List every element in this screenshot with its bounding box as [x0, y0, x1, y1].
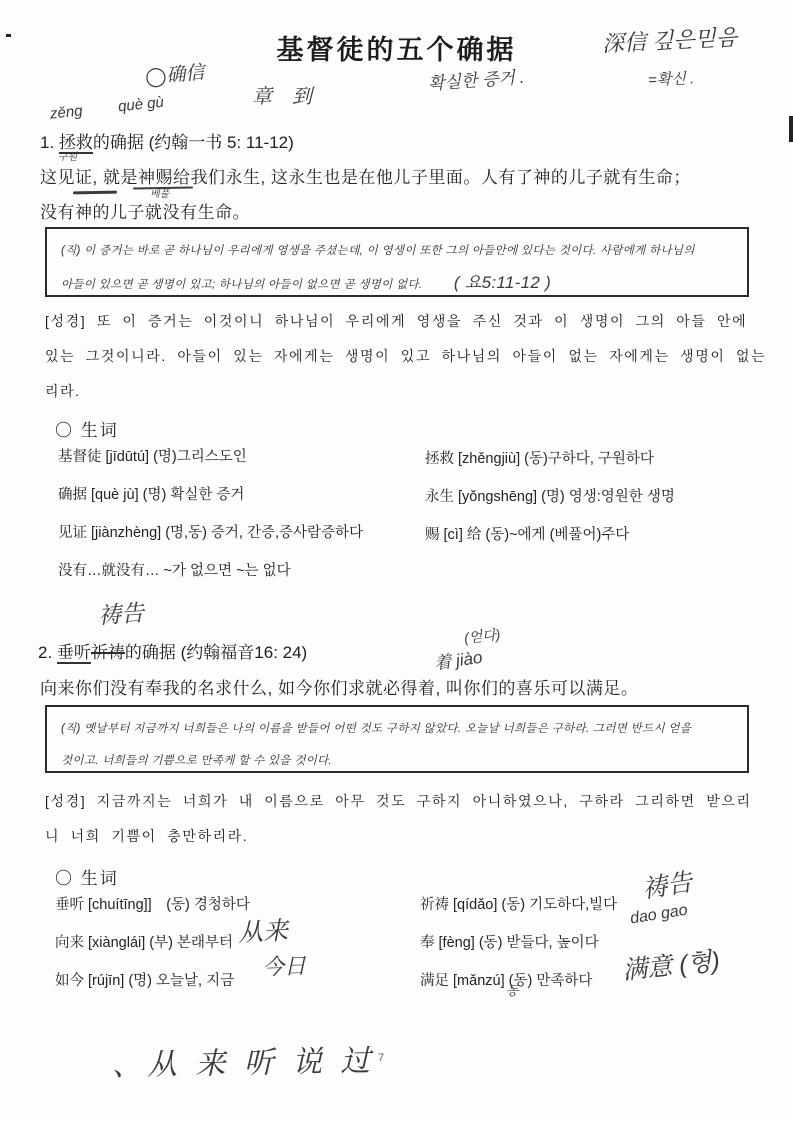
- handwriting-quexin: ◯确信: [144, 57, 205, 89]
- vocab-entry: 奉 [fèng] (동) 받들다, 높이다: [420, 924, 617, 962]
- section2-box-line1: (직) 옛날부터 지금까지 너희들은 나의 이름을 받들어 어떤 것도 구하지 …: [61, 713, 733, 745]
- section2-box-line2: 것이고. 너희들의 기쁨으로 만족케 할 수 있을 것이다.: [61, 745, 733, 777]
- handwriting-title-gloss: 확실한 증거 .: [427, 63, 525, 95]
- section1-bible-line1: [성경] 또 이 증거는 이것이니 하나님이 우리에게 영생을 주신 것과 이 …: [45, 304, 747, 339]
- section2-body-line1: 向来你们没有奉我的名求什么, 如今你们求就必得着, 叫你们的喜乐可以满足。: [40, 674, 638, 699]
- handwriting-conglai: 从来: [237, 911, 289, 950]
- handwriting-zhao-jiao: 着 jiào: [432, 643, 483, 674]
- section2-bible-line2: 니 너희 기쁨이 충만하리라.: [45, 819, 248, 854]
- section1-box-line2-text: 아들이 있으면 곧 생명이 있고; 하나님의 아들이 없으면 곧 생명이 없다.: [61, 279, 422, 291]
- vocab-entry: 永生 [yǒngshēng] (명) 영생:영원한 생명: [425, 478, 675, 516]
- handwriting-zhang-dao: 章 到: [252, 80, 312, 109]
- section2-vocab-left-column: 垂听 [chuítīng]] (동) 경청하다 向来 [xiànglái] (부…: [55, 886, 250, 1000]
- handwriting-pinyin-quegu: què gù: [117, 94, 164, 116]
- section2-struck-word: 祈祷: [91, 643, 125, 662]
- section2-bible-line1: [성경] 지금까지는 너희가 내 이름으로 아무 것도 구하지 아니하였으나, …: [45, 784, 752, 819]
- section1-vocab-left-column: 基督徒 [jīdūtú] (명)그리스도인 确据 [què jù] (명) 확실…: [58, 438, 363, 590]
- handwriting-guwon: 구원: [58, 148, 77, 163]
- section2-heading-rest: 的确据 (约翰福音16: 24): [125, 643, 307, 662]
- vocab-entry: 如今 [rújīn] (명) 오늘날, 지금: [55, 962, 250, 1000]
- vocab-entry: 确据 [què jù] (명) 확실한 증거: [58, 476, 363, 514]
- section1-box-line1: (직) 이 증거는 바로 곧 하나님이 우리에게 영생을 주셨는데, 이 영생이…: [61, 235, 733, 267]
- hand-underline-jianzheng: [73, 191, 117, 195]
- handwriting-manyi: 满意 (형): [620, 941, 721, 987]
- section1-body-line2: 没有神的儿子就没有生命。: [40, 198, 250, 223]
- vocab-entry: 见证 [jiànzhèng] (명,동) 증거, 간증,증사람증하다: [58, 514, 363, 552]
- section1-body-line1: 这见证, 就是神赐给我们永生, 这永生也是在他儿子里面。人有了神的儿子就有生命；: [40, 163, 691, 188]
- scan-artifact: [789, 116, 793, 142]
- section1-vocab-right-column: 拯救 [zhěngjiù] (동)구하다, 구원하다 永生 [yǒngshēng…: [425, 440, 675, 554]
- handwriting-daogao-pinyin: dao gao: [629, 902, 689, 929]
- section2-number: 2.: [38, 643, 57, 662]
- handwriting-jinri: 今日: [261, 949, 306, 982]
- handwriting-daogao-right: 祷告: [639, 862, 694, 905]
- vocab-entry: 赐 [cì] 给 (동)~에게 (베풀어)주다: [425, 516, 675, 554]
- handwriting-bepul: 베풀: [150, 185, 169, 200]
- vocab-entry: 基督徒 [jīdūtú] (명)그리스도인: [58, 438, 363, 476]
- handwriting-bottom-note: 、从 来 听 说 过: [112, 1036, 376, 1085]
- scanned-document-page: 基督徒的五个确据 深信 깊은믿음 =확신 . 확실한 증거 . ◯确信 què …: [0, 0, 793, 1122]
- vocab-entry: 祈祷 [qídǎo] (동) 기도하다,빌다: [420, 886, 617, 924]
- section1-heading-rest: 的确据 (约翰一书 5: 11-12): [93, 133, 294, 152]
- vocab-entry: 没有…就没有… ~가 없으면 ~는 없다: [58, 552, 363, 590]
- section1-literal-box: (직) 이 증거는 바로 곧 하나님이 우리에게 영생을 주셨는데, 이 영생이…: [45, 227, 749, 297]
- vocab-entry: 垂听 [chuítīng]] (동) 경청하다: [55, 886, 250, 924]
- section1-number: 1.: [40, 133, 59, 152]
- section1-heading: 1. 拯救的确据 (约翰一书 5: 11-12): [40, 128, 294, 153]
- handwriting-hwaksin: =확신 .: [648, 67, 695, 90]
- scan-artifact: [6, 34, 11, 37]
- vocab-entry: 拯救 [zhěngjiù] (동)구하다, 구원하다: [425, 440, 675, 478]
- section1-box-line2: 아들이 있으면 곧 생명이 있고; 하나님의 아들이 없으면 곧 생명이 없다.…: [61, 267, 733, 301]
- handwriting-ref-mark: ( 요5:11-12 ): [454, 273, 551, 292]
- handwriting-dong-correction: 동: [506, 980, 519, 999]
- section1-bible-line2: 있는 그것이니라. 아들이 있는 자에게는 생명이 있고 하나님의 아들이 없는…: [45, 339, 766, 374]
- handwriting-daogao-top: 祷告: [97, 594, 145, 630]
- page-number: 7: [378, 1052, 384, 1064]
- section2-keyword: 垂听: [57, 643, 91, 664]
- vocab-entry: 向来 [xiànglái] (부) 본래부터: [55, 924, 250, 962]
- handwriting-pinyin-zeng: zěng: [49, 102, 83, 122]
- section2-heading: 2. 垂听祈祷的确据 (约翰福音16: 24): [38, 638, 307, 663]
- section2-literal-box: (직) 옛날부터 지금까지 너희들은 나의 이름을 받들어 어떤 것도 구하지 …: [45, 705, 749, 773]
- section1-bible-line3: 리라.: [45, 374, 81, 409]
